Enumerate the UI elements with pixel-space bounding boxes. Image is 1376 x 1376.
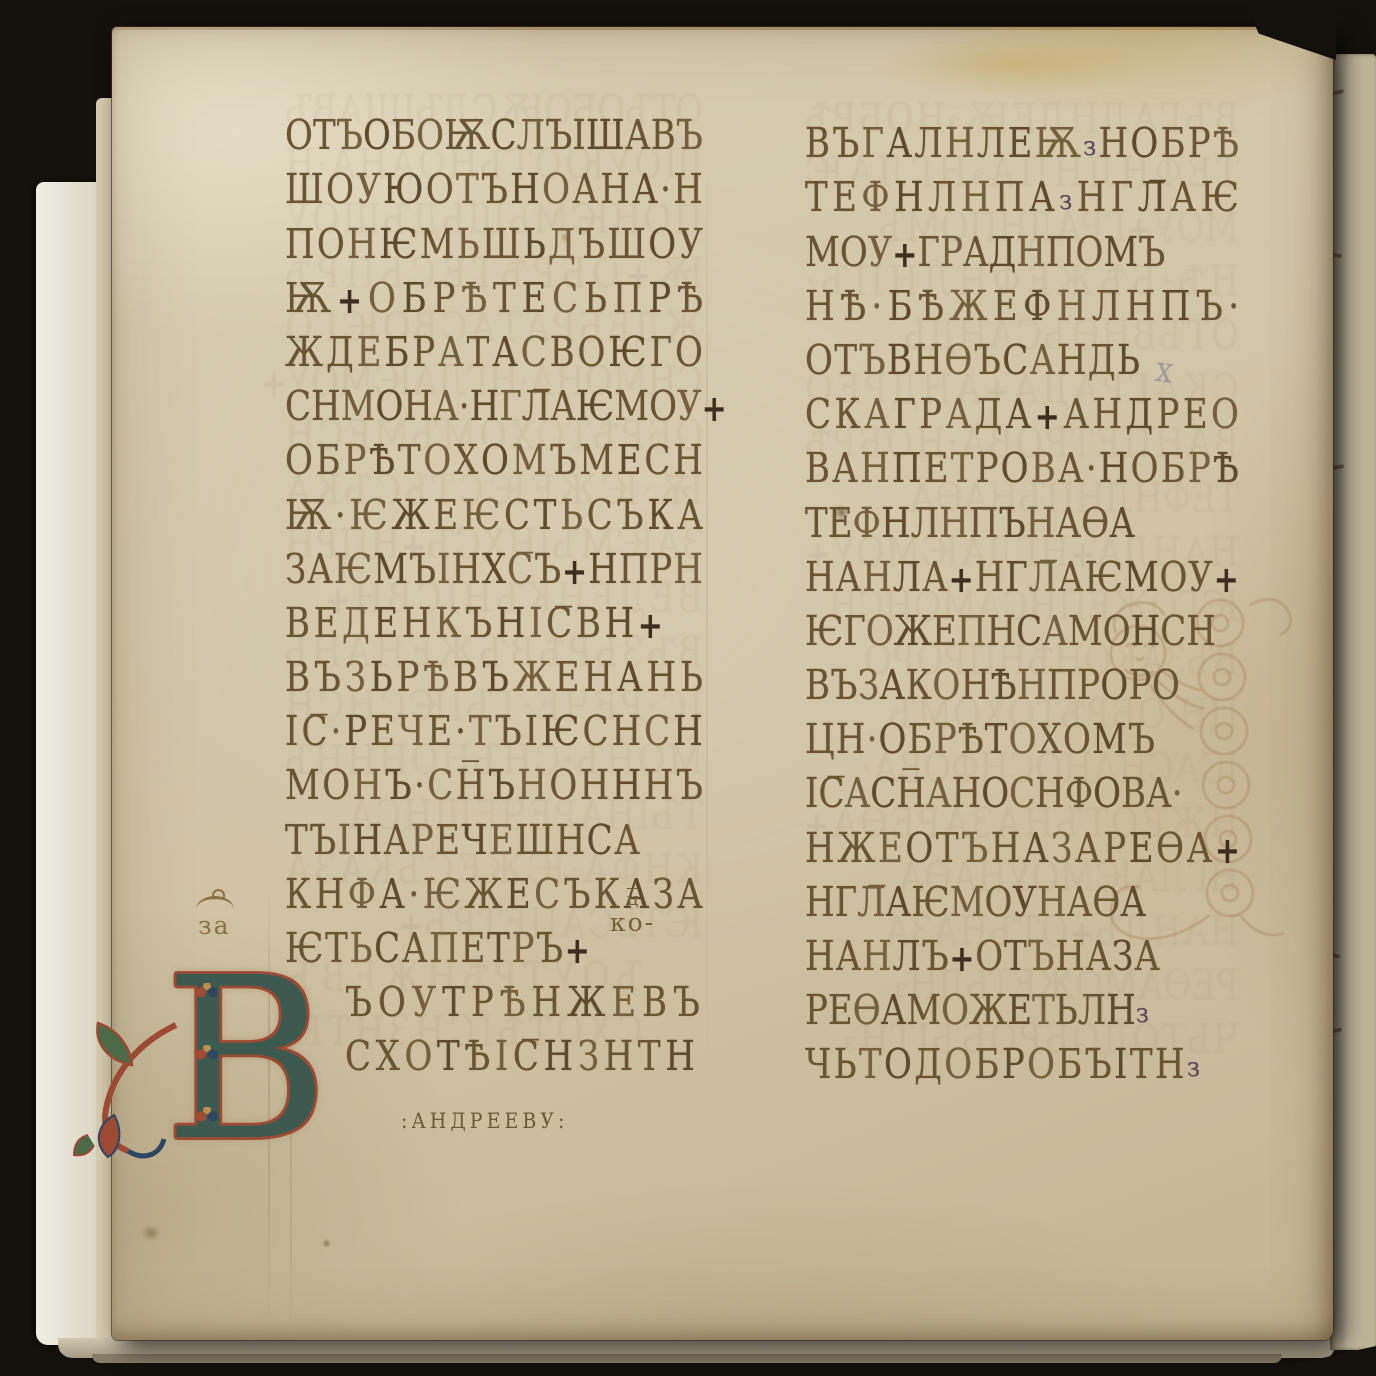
letter: С̅: [507, 545, 533, 594]
letter: Л: [928, 174, 956, 223]
letter: У: [868, 228, 893, 277]
cross-mark: +: [702, 388, 727, 431]
letter: Ш: [482, 220, 521, 269]
letter: Ъ: [563, 870, 590, 919]
letter: Р: [976, 445, 999, 494]
letter: Ъ: [830, 661, 857, 710]
letter: І: [1114, 1041, 1127, 1090]
letter: Ъ: [832, 119, 859, 168]
letter: А: [1029, 174, 1055, 223]
cross-mark: +: [892, 234, 917, 277]
letter: Г: [650, 328, 673, 377]
letter: О: [578, 328, 606, 377]
letter: В: [453, 653, 478, 702]
punct-mark: з: [1187, 1052, 1200, 1083]
letter: Т: [638, 1033, 661, 1082]
cross-mark: +: [562, 551, 587, 594]
letter: ·: [867, 715, 878, 764]
letter: Ь: [1055, 986, 1078, 1035]
punct-mark: з: [1083, 131, 1096, 162]
letter: Ѥ: [349, 491, 387, 540]
letter: С: [552, 274, 578, 323]
letter: П: [892, 445, 922, 494]
text-line: ѤГОЖЕПНСАМОНСН: [805, 609, 1170, 663]
letter: Н: [881, 499, 911, 548]
letter: Ъ: [549, 437, 576, 486]
letter: А: [945, 390, 971, 439]
letter: З: [285, 545, 306, 594]
letter: Н: [1098, 119, 1128, 168]
letter: Е: [832, 174, 857, 223]
letter: Ь: [370, 653, 393, 702]
letter: І: [338, 816, 351, 865]
text-line: НГЛ̅АѤМОУНАѲА: [805, 880, 1120, 934]
letter: Ъ: [961, 824, 988, 873]
letter: А: [433, 382, 459, 431]
letter: А: [614, 816, 640, 865]
manuscript-photo: ОТЪОБОѬСЛЪІШАВЪШОУЮОТЪНОАНА·НПОНѤМЬШЬДЪШ…: [0, 0, 1376, 1376]
letter: Н: [673, 545, 703, 594]
letter: О: [1211, 390, 1239, 439]
letter: Е: [489, 816, 514, 865]
letter: М: [1124, 553, 1159, 602]
letter: В: [1121, 770, 1146, 819]
letter: Л̅: [1138, 174, 1166, 223]
letter: Ф: [861, 174, 889, 223]
letter: Т: [487, 924, 510, 973]
letter: Б: [402, 274, 427, 323]
letter: С: [374, 924, 400, 973]
letter: Ч: [461, 816, 487, 865]
letter: Н: [961, 661, 991, 710]
letter: Ѣ: [1213, 119, 1239, 168]
text-line: ТЕФНЛНПЪНАѲА: [805, 500, 1135, 554]
letter: О: [549, 762, 577, 811]
text-line: СКАГРАДА+АНДРЕО: [805, 392, 1239, 446]
letter: Ѳ: [1092, 878, 1120, 927]
letter: О: [416, 111, 444, 160]
letter: Л: [1078, 986, 1106, 1035]
letter: Ь: [1117, 336, 1140, 385]
letter: А: [617, 653, 643, 702]
letter: А: [881, 986, 907, 1035]
punct-mark: з: [1136, 998, 1149, 1029]
letter: Е: [555, 653, 580, 702]
letter: Т: [313, 111, 336, 160]
letter: С: [285, 382, 311, 431]
letter: Р: [649, 545, 672, 594]
letter: А: [379, 870, 405, 919]
text-line: ВЕДЕНКЪНІС̅ВН+: [285, 601, 663, 655]
letter: Ъ: [676, 111, 703, 160]
letter: Е: [1007, 986, 1032, 1035]
letter: О: [1103, 607, 1131, 656]
letter: Е: [617, 437, 642, 486]
letter: У: [677, 382, 702, 431]
letter: Ѥ: [334, 545, 372, 594]
letter: Н: [673, 437, 703, 486]
ruling-crease: [706, 147, 708, 1097]
letter: А: [922, 553, 948, 602]
letter: Ж: [285, 328, 323, 377]
initial-knot: [194, 1045, 220, 1063]
text-line: МОНЪ·СН̅ЪНОНННЪ: [285, 763, 703, 817]
manuscript-page: ОТЪОБОѬСЛЪІШАВЪШОУЮОТЪНОАНА·НПОНѤМЬШЬДЪШ…: [112, 27, 1333, 1340]
letter: Е: [314, 599, 339, 648]
letter: О: [840, 228, 868, 277]
letter: Е: [1129, 824, 1154, 873]
letter: А: [625, 111, 651, 160]
letter: А: [1187, 824, 1213, 873]
letter: Р: [919, 390, 942, 439]
letter: Ъ: [309, 816, 336, 865]
letter: Ѭ: [285, 491, 331, 540]
letter: Е: [993, 282, 1018, 331]
letter: Ѳ: [1156, 824, 1184, 873]
letter: Ъ: [974, 336, 1001, 385]
letter: О: [1131, 445, 1159, 494]
letter: О: [975, 932, 1003, 981]
letter: Н̅: [896, 770, 926, 819]
letter: В: [805, 119, 830, 168]
letter: А: [832, 445, 858, 494]
letter: Н: [894, 174, 924, 223]
letter: Т: [285, 816, 308, 865]
letter: А: [632, 166, 658, 215]
letter: В: [887, 336, 912, 385]
letter: Г: [499, 382, 522, 431]
letter: Н: [1016, 228, 1046, 277]
letter: А: [1058, 553, 1084, 602]
letter: А: [836, 553, 862, 602]
letter: Л: [893, 553, 921, 602]
letter: І: [285, 707, 298, 756]
letter: Ъ: [495, 707, 522, 756]
text-line: Ѭ+ОБРѢТЕСЬПРѢ: [285, 276, 703, 330]
letter: Т: [1032, 986, 1055, 1035]
letter: Е: [932, 607, 957, 656]
letter: У: [356, 166, 381, 215]
letter: О: [944, 1041, 972, 1090]
letter: Н: [611, 707, 641, 756]
letter: С: [582, 707, 608, 756]
text-line: ЗАѤМЪІНХС̅Ъ+НПРН: [285, 547, 703, 601]
letter: В: [642, 978, 667, 1027]
cross-mark: +: [337, 280, 362, 323]
letter: А: [886, 119, 912, 168]
letter: Н: [644, 762, 674, 811]
letter: О: [866, 607, 894, 656]
letter: О: [1001, 445, 1029, 494]
letter: Н: [805, 553, 835, 602]
letter: С: [1016, 607, 1042, 656]
text-line: ТЕФНЛНПАзНГЛ̅АѤ: [805, 175, 1239, 229]
letter: О: [326, 166, 354, 215]
letter: В: [285, 599, 310, 648]
letter: Н: [311, 382, 341, 431]
letter: В: [285, 653, 310, 702]
letter: Ѣ: [958, 715, 984, 764]
letter: М: [285, 762, 320, 811]
letter: Т: [493, 274, 516, 323]
letter: Ѳ: [853, 986, 881, 1035]
initial-knot: [194, 983, 220, 1001]
letter: Т: [442, 978, 465, 1027]
letter: Н: [805, 932, 835, 981]
letter: ·: [1086, 445, 1097, 494]
letter: Ь: [457, 220, 480, 269]
letter: А: [492, 328, 518, 377]
letter: Н: [1077, 174, 1107, 223]
letter: А: [438, 328, 464, 377]
letter: Д: [342, 599, 370, 648]
letter: Ѥ: [462, 491, 500, 540]
letter: О: [941, 986, 969, 1035]
konets-margin-note: ц ко-: [610, 891, 655, 937]
letter: П: [1046, 228, 1076, 277]
letter: Н: [665, 1033, 695, 1082]
letter: П: [1047, 661, 1077, 710]
letter: П: [429, 924, 459, 973]
letter: Ѣ: [369, 437, 395, 486]
letter: К: [647, 491, 673, 540]
letter: Е: [435, 816, 460, 865]
letter: О: [378, 978, 406, 1027]
text-line: ЖДЕБРАТАСВОѤГО: [285, 330, 703, 384]
konets-superscript: ц: [627, 891, 639, 909]
letter: Ъ: [534, 545, 561, 594]
letter: А: [1030, 336, 1056, 385]
letter: М: [950, 878, 985, 927]
cross-mark: +: [565, 930, 590, 973]
letter: І: [529, 599, 542, 648]
letter: Г: [862, 119, 885, 168]
letter: А: [835, 932, 861, 981]
letter: Е: [373, 599, 398, 648]
letter: О: [805, 336, 833, 385]
letter: Н: [952, 770, 982, 819]
text-line: ЦН·ОБРѢТОХОМЪ: [805, 717, 1155, 771]
letter: Н: [510, 166, 540, 215]
letter: Ѣ: [677, 274, 703, 323]
letter: А: [963, 228, 989, 277]
letter: Р: [412, 328, 435, 377]
letter: О: [1152, 661, 1180, 710]
letter: Н: [1026, 499, 1056, 548]
letter: Л̅: [522, 382, 550, 431]
letter: О: [649, 382, 677, 431]
letter: Ъ: [385, 762, 412, 811]
text-line: ВЪГАЛНЛЕѬзНОБРѢ: [805, 121, 1239, 175]
cross-mark: +: [1214, 559, 1239, 602]
letter: О: [675, 328, 703, 377]
letter: У: [412, 978, 437, 1027]
letter: Г: [835, 878, 858, 927]
letter: А: [1042, 607, 1068, 656]
page-edge-bottom-under: [92, 1354, 1282, 1363]
letter: Н: [531, 978, 561, 1027]
letter: Н: [315, 870, 345, 919]
letter: Ш: [285, 166, 324, 215]
letter: О: [1130, 119, 1158, 168]
text-line: СНМОНА·НГЛ̅АѤМОУ+: [285, 384, 703, 438]
letter: Б: [1161, 445, 1186, 494]
letter: П: [1161, 282, 1191, 331]
letter: Ѥ: [1085, 553, 1123, 602]
letter: Ѣ: [1213, 445, 1239, 494]
letter: А: [1075, 824, 1101, 873]
letter: О: [426, 166, 454, 215]
parchment-stain: [322, 1239, 331, 1248]
letter: Н: [470, 382, 500, 431]
letter: Ѥ: [379, 220, 417, 269]
letter: О: [879, 715, 907, 764]
letter: Т: [805, 499, 828, 548]
letter: Р: [471, 978, 494, 1027]
letter: А: [572, 166, 598, 215]
letter: Н: [1057, 336, 1087, 385]
letter: В: [550, 328, 575, 377]
letter: Р: [1077, 661, 1100, 710]
letter: С: [491, 111, 517, 160]
letter: Н̅: [456, 762, 486, 811]
letter: Н: [805, 282, 835, 331]
letter: Е: [433, 491, 458, 540]
letter: Л̅: [1029, 553, 1057, 602]
letter: Х: [1038, 715, 1062, 764]
letter: А: [1023, 824, 1049, 873]
letter: О: [542, 166, 570, 215]
letter: Б: [316, 437, 341, 486]
letter: Н: [1035, 770, 1065, 819]
letter: І: [805, 770, 818, 819]
letter: Ѭ: [285, 274, 331, 323]
letter: Н: [805, 824, 835, 873]
letter: Н: [580, 762, 610, 811]
letter: Т: [534, 491, 557, 540]
text-line: ТЪІНАРЕЧЕШНСА: [285, 817, 640, 871]
letter: Ъ: [336, 111, 363, 160]
letter: Г: [843, 607, 866, 656]
letter: А: [1134, 932, 1160, 981]
letter: О: [376, 382, 404, 431]
letter: Ж: [513, 653, 551, 702]
letter: А: [1006, 390, 1032, 439]
text-line: НАНЛА+НГЛ̅АѤМОУ+: [805, 555, 1239, 609]
letter: Д: [914, 1041, 942, 1090]
text-line: СХОТѢІС̅НЗНТН: [345, 1034, 695, 1088]
letter: Ѣ: [464, 1033, 490, 1082]
letter: Т: [985, 715, 1008, 764]
letter: Н: [1186, 607, 1216, 656]
letter: Н: [347, 220, 377, 269]
letter: ·: [408, 870, 419, 919]
letter: Ъ: [999, 499, 1026, 548]
letter: Т: [859, 1041, 882, 1090]
letter: Л: [977, 119, 1005, 168]
letter: С: [870, 770, 896, 819]
letter: Е: [611, 978, 636, 1027]
letter: Ъ: [1196, 282, 1223, 331]
letter: Ь: [560, 491, 583, 540]
letter: Л: [914, 119, 942, 168]
cross-mark: +: [1215, 830, 1240, 873]
letter: С: [644, 707, 670, 756]
letter: А: [1063, 390, 1089, 439]
letter: Ъ: [922, 932, 949, 981]
letter: А: [307, 545, 333, 594]
letter: Ъ: [488, 762, 515, 811]
letter: С̅: [513, 1033, 539, 1082]
initial-knot: [194, 1107, 220, 1125]
letter: О: [363, 111, 391, 160]
letter: А: [864, 390, 890, 439]
letter: Ѥ: [1201, 174, 1239, 223]
letter: Е: [878, 824, 903, 873]
letter: Г: [893, 390, 916, 439]
letter: Н: [403, 382, 433, 431]
letter: Ъ: [676, 762, 703, 811]
letter: С: [427, 762, 453, 811]
konets-label: ко-: [610, 909, 655, 937]
letter: А: [384, 816, 410, 865]
letter: Е: [427, 707, 452, 756]
letter: Ф: [1023, 282, 1051, 331]
letter: О: [981, 770, 1009, 819]
letter: А: [879, 661, 905, 710]
letter: Н: [939, 499, 969, 548]
letter: Л: [1092, 282, 1120, 331]
letter: І: [437, 545, 450, 594]
letter: Ъ: [481, 166, 508, 215]
letter: Р: [1103, 824, 1126, 873]
letter: Е: [357, 328, 382, 377]
letter: Е: [522, 274, 547, 323]
letter: Ѣ: [461, 274, 487, 323]
letter: К: [834, 390, 860, 439]
text-line: ВЪЗАКОНѢНПРОРО: [805, 663, 1180, 717]
letter: З: [345, 653, 366, 702]
letter: Н: [986, 607, 1016, 656]
letter: Т: [467, 328, 490, 377]
letter: Н: [836, 715, 866, 764]
letter: Ѣ: [500, 978, 526, 1027]
letter: М: [1103, 228, 1138, 277]
letter: М: [1068, 607, 1103, 656]
letter: Ч: [398, 707, 424, 756]
letter: Б: [384, 328, 409, 377]
letter: Д: [975, 390, 1003, 439]
letter: Ъ: [1128, 715, 1155, 764]
letter: Ѭ: [444, 111, 490, 160]
letter: В: [805, 661, 830, 710]
letter: Н: [1037, 878, 1067, 927]
letter: С: [587, 491, 613, 540]
letter: Х: [482, 545, 506, 594]
letter: Н: [1106, 986, 1136, 1035]
letter: З: [858, 661, 879, 710]
letter: Ш: [515, 816, 554, 865]
letter: Х: [454, 437, 478, 486]
letter: Ж: [949, 282, 987, 331]
letter: А: [677, 491, 703, 540]
letter: Ѥ: [911, 878, 949, 927]
letter: У: [1012, 878, 1037, 927]
letter: Ъ: [858, 336, 885, 385]
letter: С: [521, 328, 547, 377]
text-line: ЧЬТОДОБРОБЪІТНз: [805, 1042, 1200, 1096]
letter: Б: [1057, 1041, 1082, 1090]
